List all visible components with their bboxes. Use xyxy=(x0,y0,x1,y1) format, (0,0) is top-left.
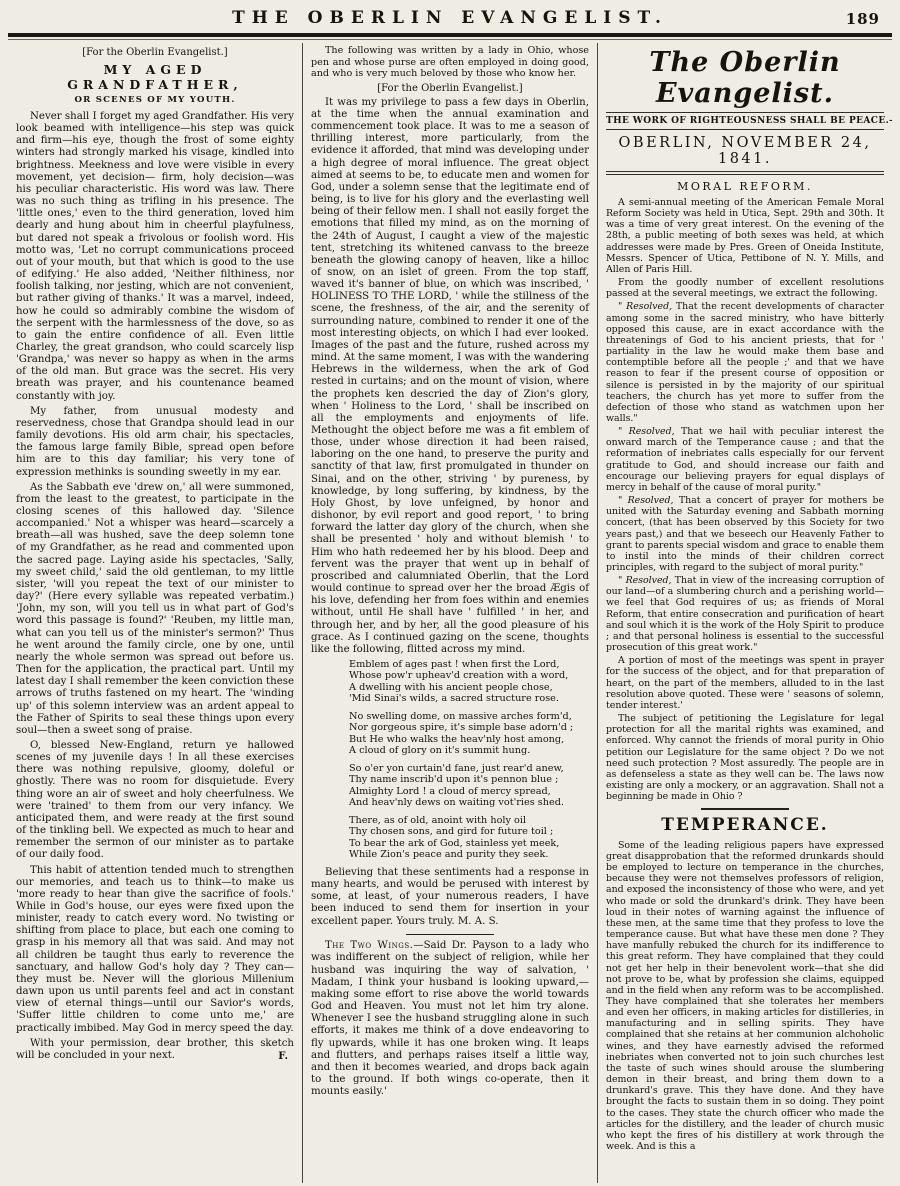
paragraph: From the goodly number of excellent reso… xyxy=(606,277,884,299)
poem-line: Emblem of ages past ! when first the Lor… xyxy=(349,659,589,671)
paragraph: Some of the leading religious papers hav… xyxy=(606,840,884,1152)
rule xyxy=(606,174,884,175)
resolution-paragraph: " Resolved, That in view of the increasi… xyxy=(606,575,884,653)
resolution-text: That the recent developments of characte… xyxy=(606,301,884,424)
page-number: 189 xyxy=(846,10,880,28)
section-divider-rule xyxy=(701,808,789,810)
section-heading-moral-reform: MORAL REFORM. xyxy=(606,180,884,193)
paragraph: O, blessed New-England, return ye hallow… xyxy=(16,740,294,862)
paragraph: A semi-annual meeting of the American Fe… xyxy=(606,197,884,275)
poem-line: While Zion's peace and purity they seek. xyxy=(349,849,589,861)
poem-stanza: Emblem of ages past ! when first the Lor… xyxy=(349,659,589,705)
paragraph: My father, from unusual modesty and rese… xyxy=(16,406,294,479)
resolution-text: That a concert of prayer for mothers be … xyxy=(606,495,884,573)
column-3: The Oberlin Evangelist. THE WORK OF RIGH… xyxy=(598,43,892,1183)
columns: [For the Oberlin Evangelist.] MY AGED GR… xyxy=(8,43,892,1183)
section-heading-temperance: TEMPERANCE. xyxy=(606,815,884,835)
two-wings-paragraph: The Two Wings.—Said Dr. Payson to a lady… xyxy=(311,940,589,1098)
poem-line: A cloud of glory on it's summit hung. xyxy=(349,745,589,757)
resolution-paragraph: " Resolved, That we hail with peculiar i… xyxy=(606,426,884,493)
poem-line: But He who walks the heav'nly host among… xyxy=(349,734,589,746)
poem-line: No swelling dome, on massive arches form… xyxy=(349,711,589,723)
resolution-lead: " Resolved, xyxy=(618,301,672,312)
column-1: [For the Oberlin Evangelist.] MY AGED GR… xyxy=(8,43,302,1183)
paragraph: This habit of attention tended much to s… xyxy=(16,865,294,1035)
attribution-line: [For the Oberlin Evangelist.] xyxy=(311,83,589,94)
resolution-lead: " Resolved, xyxy=(618,426,675,437)
closing-text: With your permission, dear brother, this… xyxy=(16,1038,294,1061)
newspaper-page: THE OBERLIN EVANGELIST. 189 [For the Obe… xyxy=(0,0,900,1186)
poem-line: And heav'nly dews on waiting vot'ries sh… xyxy=(349,797,589,809)
two-wings-text: —Said Dr. Payson to a lady who was indif… xyxy=(311,940,589,1097)
poem-line: 'Mid Sinai's wilds, a sacred structure r… xyxy=(349,693,589,705)
poem-line: Whose pow'r upheav'd creation with a wor… xyxy=(349,670,589,682)
resolution-lead: " Resolved, xyxy=(618,575,671,586)
resolution-lead: " Resolved, xyxy=(618,495,674,506)
article-subtitle: OR SCENES OF MY YOUTH. xyxy=(16,95,294,105)
rule xyxy=(606,112,884,113)
running-head: THE OBERLIN EVANGELIST. 189 xyxy=(8,5,892,31)
paragraph: As the Sabbath eve 'drew on,' all were s… xyxy=(16,482,294,737)
poem-line: To bear the ark of God, stainless yet me… xyxy=(349,838,589,850)
column-2: The following was written by a lady in O… xyxy=(302,43,598,1183)
closing-paragraph: With your permission, dear brother, this… xyxy=(16,1038,294,1062)
paragraph: A portion of most of the meetings was sp… xyxy=(606,655,884,711)
two-wings-lead: The Two Wings. xyxy=(325,940,413,951)
poem-line: Thy chosen sons, and gird for future toi… xyxy=(349,826,589,838)
resolution-text: That in view of the increasing corruptio… xyxy=(606,575,884,653)
poem-stanza: There, as of old, anoint with holy oil T… xyxy=(349,815,589,861)
masthead-title: The Oberlin Evangelist. xyxy=(606,47,884,109)
poem-line: So o'er yon curtain'd fane, just rear'd … xyxy=(349,763,589,775)
poem-line: Almighty Lord ! a cloud of mercy spread, xyxy=(349,786,589,798)
header-rule-thin xyxy=(8,39,892,40)
resolution-paragraph: " Resolved, That a concert of prayer for… xyxy=(606,495,884,573)
paragraph: Never shall I forget my aged Grandfather… xyxy=(16,111,294,403)
editor-intro-note: The following was written by a lady in O… xyxy=(311,45,589,80)
section-divider-rule xyxy=(406,934,494,936)
masthead-motto: THE WORK OF RIGHTEOUSNESS SHALL BE PEACE… xyxy=(606,116,884,126)
poem-line: Thy name inscrib'd upon it's pennon blue… xyxy=(349,774,589,786)
dateline: OBERLIN, NOVEMBER 24, 1841. xyxy=(606,135,884,167)
poem-line: There, as of old, anoint with holy oil xyxy=(349,815,589,827)
paragraph: It was my privilege to pass a few days i… xyxy=(311,97,589,656)
rule xyxy=(606,171,884,172)
poem-stanza: No swelling dome, on massive arches form… xyxy=(349,711,589,757)
poem-line: Nor gorgeous spire, it's simple base ado… xyxy=(349,722,589,734)
poem-stanza: So o'er yon curtain'd fane, just rear'd … xyxy=(349,763,589,809)
article-title: MY AGED GRANDFATHER, xyxy=(16,62,294,92)
rule xyxy=(606,129,884,130)
paragraph: The subject of petitioning the Legislatu… xyxy=(606,713,884,802)
closing-paragraph: Believing that these sentiments had a re… xyxy=(311,867,589,928)
header-rule-thick xyxy=(8,33,892,37)
resolution-paragraph: " Resolved, That the recent developments… xyxy=(606,301,884,424)
poem: Emblem of ages past ! when first the Lor… xyxy=(349,659,589,861)
attribution-line: [For the Oberlin Evangelist.] xyxy=(16,47,294,58)
poem-line: A dwelling with his ancient people chose… xyxy=(349,682,589,694)
author-signature: F. xyxy=(264,1050,294,1062)
newspaper-title: THE OBERLIN EVANGELIST. xyxy=(8,5,892,28)
